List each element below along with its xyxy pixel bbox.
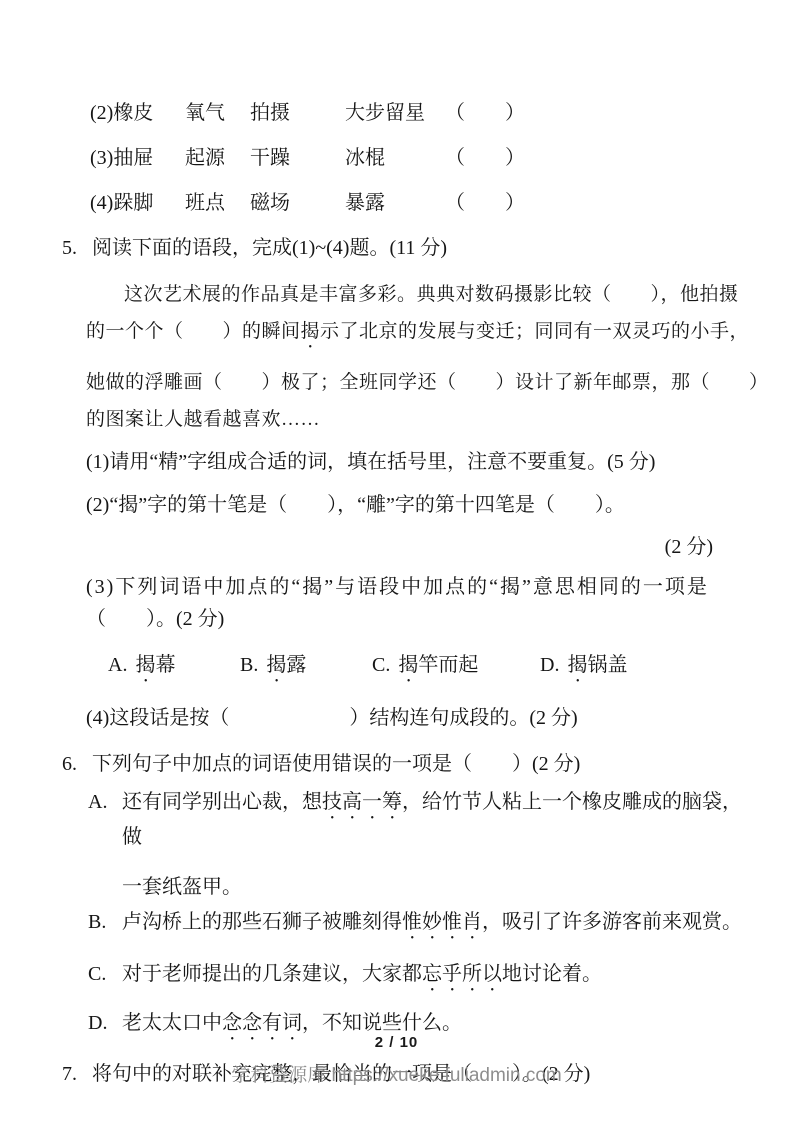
question-number: 5. bbox=[62, 235, 92, 262]
answer-blank-parentheses: （ ） bbox=[445, 190, 525, 217]
item-number: (2) bbox=[90, 102, 113, 124]
word-group-row: (4)跺脚 班点 磁场 暴露 （ ） bbox=[90, 190, 753, 217]
word: 干躁 bbox=[250, 145, 345, 172]
option-letter: A. bbox=[108, 654, 127, 676]
watermark-link[interactable]: 学科资源库 https://xueke.fuliadmin.com bbox=[231, 1065, 562, 1086]
word: 冰棍 bbox=[345, 145, 445, 172]
option-letter: C. bbox=[88, 961, 122, 996]
option-letter: C. bbox=[372, 654, 390, 676]
sub-question-3-options: A.揭幕 B.揭露 C.揭竿而起 D.揭锅盖 bbox=[108, 652, 753, 687]
option-b: B. 卢沟桥上的那些石狮子被雕刻得惟妙惟肖，吸引了许多游客前来观赏。 bbox=[88, 909, 753, 944]
word-group-row: (3)抽屉 起源 干躁 冰棍 （ ） bbox=[90, 145, 753, 172]
option-text: 竿而起 bbox=[418, 654, 478, 676]
option-line: 还有同学别出心裁，想技高一筹，给竹节人粘上一个橡皮雕成的脑袋，做 bbox=[122, 789, 753, 851]
option-a: A. 还有同学别出心裁，想技高一筹，给竹节人粘上一个橡皮雕成的脑袋，做 一套纸盔… bbox=[88, 789, 753, 901]
dotted-phrase: 念念有词 bbox=[222, 1012, 302, 1034]
word: 跺脚 bbox=[113, 192, 153, 214]
question-text: 阅读下面的语段，完成(1)~(4)题。(11 分) bbox=[92, 235, 447, 262]
sub-question-2: (2)“揭”字的第十笔是（ ），“雕”字的第十四笔是（ ）。 bbox=[86, 492, 753, 519]
option-letter: B. bbox=[240, 654, 258, 676]
option-text: 对于老师提出的几条建议，大家都忘乎所以地讨论着。 bbox=[122, 961, 753, 996]
question-6-title: 6. 下列句子中加点的词语使用错误的一项是（ ）(2 分) bbox=[62, 751, 753, 778]
question-5-title: 5. 阅读下面的语段，完成(1)~(4)题。(11 分) bbox=[62, 235, 753, 262]
word: 拍摄 bbox=[250, 100, 345, 127]
passage-line: 的图案让人越看越喜欢…… bbox=[86, 406, 753, 433]
word: 大步留星 bbox=[345, 100, 445, 127]
sub-question-3-answer-line: （ ）。(2 分) bbox=[86, 606, 753, 633]
question-text: 下列句子中加点的词语使用错误的一项是（ ）(2 分) bbox=[92, 751, 580, 778]
word-group-row: (2)橡皮 氧气 拍摄 大步留星 （ ） bbox=[90, 100, 753, 127]
word-group: (4)跺脚 bbox=[90, 190, 185, 217]
dotted-character: 揭 bbox=[135, 654, 155, 676]
passage-text: 的一个个（ ）的瞬间 bbox=[86, 321, 301, 342]
dotted-character: 揭 bbox=[266, 654, 286, 676]
dotted-phrase: 忘乎所以 bbox=[422, 963, 502, 985]
dotted-phrase: 技高一筹 bbox=[322, 791, 402, 813]
passage-line: 她做的浮雕画（ ）极了；全班同学还（ ）设计了新年邮票，那（ ） bbox=[86, 369, 753, 396]
option-d: D.揭锅盖 bbox=[540, 652, 627, 687]
passage-line: 这次艺术展的作品真是丰富多彩。典典对数码摄影比较（ ），他拍摄 bbox=[86, 281, 753, 308]
option-b: B.揭露 bbox=[240, 652, 372, 687]
word-group: (2)橡皮 bbox=[90, 100, 185, 127]
option-letter: D. bbox=[540, 654, 559, 676]
question-5: 5. 阅读下面的语段，完成(1)~(4)题。(11 分) 这次艺术展的作品真是丰… bbox=[62, 235, 753, 732]
option-text: 锅盖 bbox=[587, 654, 627, 676]
word: 班点 bbox=[185, 190, 250, 217]
watermark: 学科资源库 https://xueke.fuliadmin.com bbox=[0, 1060, 793, 1087]
option-segment: 老太太口中 bbox=[122, 1012, 222, 1034]
dotted-phrase: 惟妙惟肖 bbox=[402, 911, 482, 933]
question-4-word-groups: (2)橡皮 氧气 拍摄 大步留星 （ ） (3)抽屉 起源 干躁 冰棍 （ ） … bbox=[62, 100, 753, 217]
exam-page: (2)橡皮 氧气 拍摄 大步留星 （ ） (3)抽屉 起源 干躁 冰棍 （ ） … bbox=[0, 0, 793, 1122]
word: 氧气 bbox=[185, 100, 250, 127]
dotted-character: 揭 bbox=[567, 654, 587, 676]
sub-question-3: (3)下列词语中加点的“揭”与语段中加点的“揭”意思相同的一项是 bbox=[86, 574, 753, 601]
passage-line: 的一个个（ ）的瞬间揭示了北京的发展与变迁；同同有一双灵巧的小手， bbox=[86, 318, 753, 353]
word: 橡皮 bbox=[113, 102, 153, 124]
option-text: 露 bbox=[286, 654, 306, 676]
page-number: 2 / 10 bbox=[0, 1034, 793, 1051]
option-c: C. 对于老师提出的几条建议，大家都忘乎所以地讨论着。 bbox=[88, 961, 753, 996]
word-group: (3)抽屉 bbox=[90, 145, 185, 172]
option-segment: ，不知说些什么。 bbox=[302, 1012, 462, 1034]
sub-question-4: (4)这段话是按（ ）结构连句成段的。(2 分) bbox=[86, 705, 753, 732]
option-segment: 还有同学别出心裁，想 bbox=[122, 791, 322, 813]
passage-text: 示了北京的发展与变迁；同同有一双灵巧的小手， bbox=[320, 321, 749, 342]
answer-blank-parentheses: （ ） bbox=[445, 100, 525, 127]
option-segment: 对于老师提出的几条建议，大家都 bbox=[122, 963, 422, 985]
option-text: 卢沟桥上的那些石狮子被雕刻得惟妙惟肖，吸引了许多游客前来观赏。 bbox=[122, 909, 753, 944]
option-segment: 卢沟桥上的那些石狮子被雕刻得 bbox=[122, 911, 402, 933]
option-text: 还有同学别出心裁，想技高一筹，给竹节人粘上一个橡皮雕成的脑袋，做 一套纸盔甲。 bbox=[122, 789, 753, 901]
word: 起源 bbox=[185, 145, 250, 172]
dotted-character: 揭 bbox=[301, 321, 321, 342]
sub-question-1: (1)请用“精”字组成合适的词，填在括号里，注意不要重复。(5 分) bbox=[86, 449, 753, 476]
option-a: A.揭幕 bbox=[108, 652, 240, 687]
option-text: 幕 bbox=[155, 654, 175, 676]
item-number: (4) bbox=[90, 192, 113, 214]
item-number: (3) bbox=[90, 147, 113, 169]
dotted-character: 揭 bbox=[398, 654, 418, 676]
option-line: 一套纸盔甲。 bbox=[122, 874, 753, 901]
option-segment: 地讨论着。 bbox=[502, 963, 602, 985]
option-segment: ，吸引了许多游客前来观赏。 bbox=[482, 911, 742, 933]
option-letter: A. bbox=[88, 789, 122, 901]
score-label: (2 分) bbox=[62, 534, 713, 561]
word: 抽屉 bbox=[113, 147, 153, 169]
answer-blank-parentheses: （ ） bbox=[445, 145, 525, 172]
question-number: 6. bbox=[62, 751, 92, 778]
word: 暴露 bbox=[345, 190, 445, 217]
word: 磁场 bbox=[250, 190, 345, 217]
question-6: 6. 下列句子中加点的词语使用错误的一项是（ ）(2 分) A. 还有同学别出心… bbox=[62, 751, 753, 1045]
option-letter: B. bbox=[88, 909, 122, 944]
option-c: C.揭竿而起 bbox=[372, 652, 540, 687]
